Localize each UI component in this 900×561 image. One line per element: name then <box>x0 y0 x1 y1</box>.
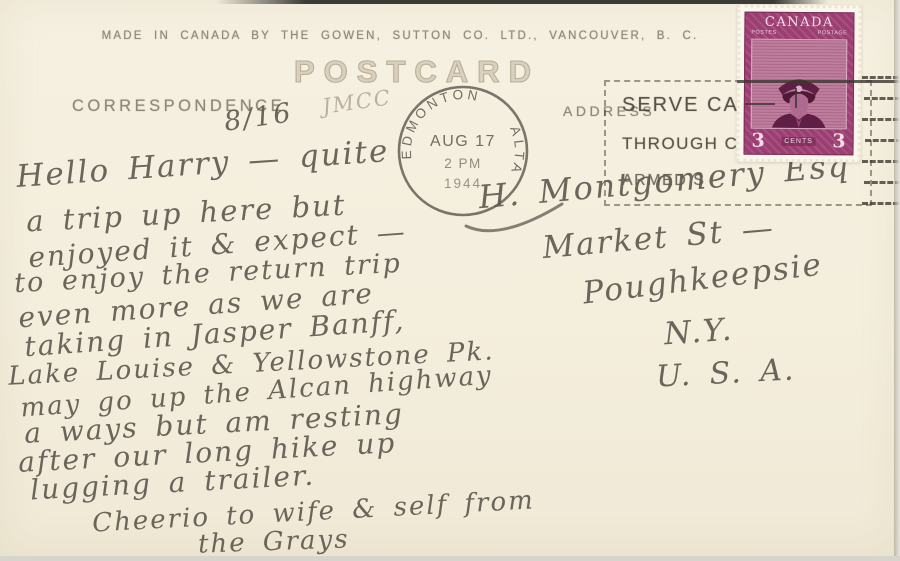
address-line: U. S. A. <box>655 352 796 394</box>
king-portrait-graphic <box>768 64 830 128</box>
message-line: Hello Harry — quite <box>15 133 390 195</box>
stamp-postes-label: POSTES <box>751 30 776 37</box>
scan-edge-bottom <box>0 556 900 561</box>
publisher-line: MADE IN CANADA BY THE GOWEN, SUTTON CO. … <box>95 30 705 42</box>
stamp-cents-label: CENTS <box>781 136 816 145</box>
stamp-postage-label: POSTAGE <box>818 30 848 37</box>
stamp-frame: CANADA POSTES POSTAGE 3 <box>744 12 855 156</box>
postmark-time: 2 PM <box>444 156 482 171</box>
stamp-country-label: CANADA <box>747 16 851 31</box>
stamp-value-left: 3 <box>752 131 765 151</box>
postmark-date: AUG 17 <box>430 133 496 150</box>
cancel-tick <box>795 88 797 108</box>
message-line: the Grays <box>198 524 351 559</box>
slogan-line-1: SERVE CAN <box>622 94 755 117</box>
pencil-initials: JMCC <box>321 85 394 119</box>
scan-edge-right <box>894 0 900 561</box>
stamp-portrait-window <box>751 39 848 130</box>
signature-flourish <box>460 196 570 240</box>
cancel-dash <box>745 103 775 105</box>
postcard-scan: MADE IN CANADA BY THE GOWEN, SUTTON CO. … <box>0 0 900 561</box>
postage-stamp: CANADA POSTES POSTAGE 3 <box>736 5 861 163</box>
postcard-back: MADE IN CANADA BY THE GOWEN, SUTTON CO. … <box>0 0 900 556</box>
slogan-line-2: THROUGH CA <box>622 134 751 154</box>
stamp-value-right: 3 <box>832 131 845 151</box>
address-line: N.Y. <box>663 312 735 353</box>
scan-edge-top <box>0 0 900 4</box>
cancel-bar <box>737 80 900 83</box>
